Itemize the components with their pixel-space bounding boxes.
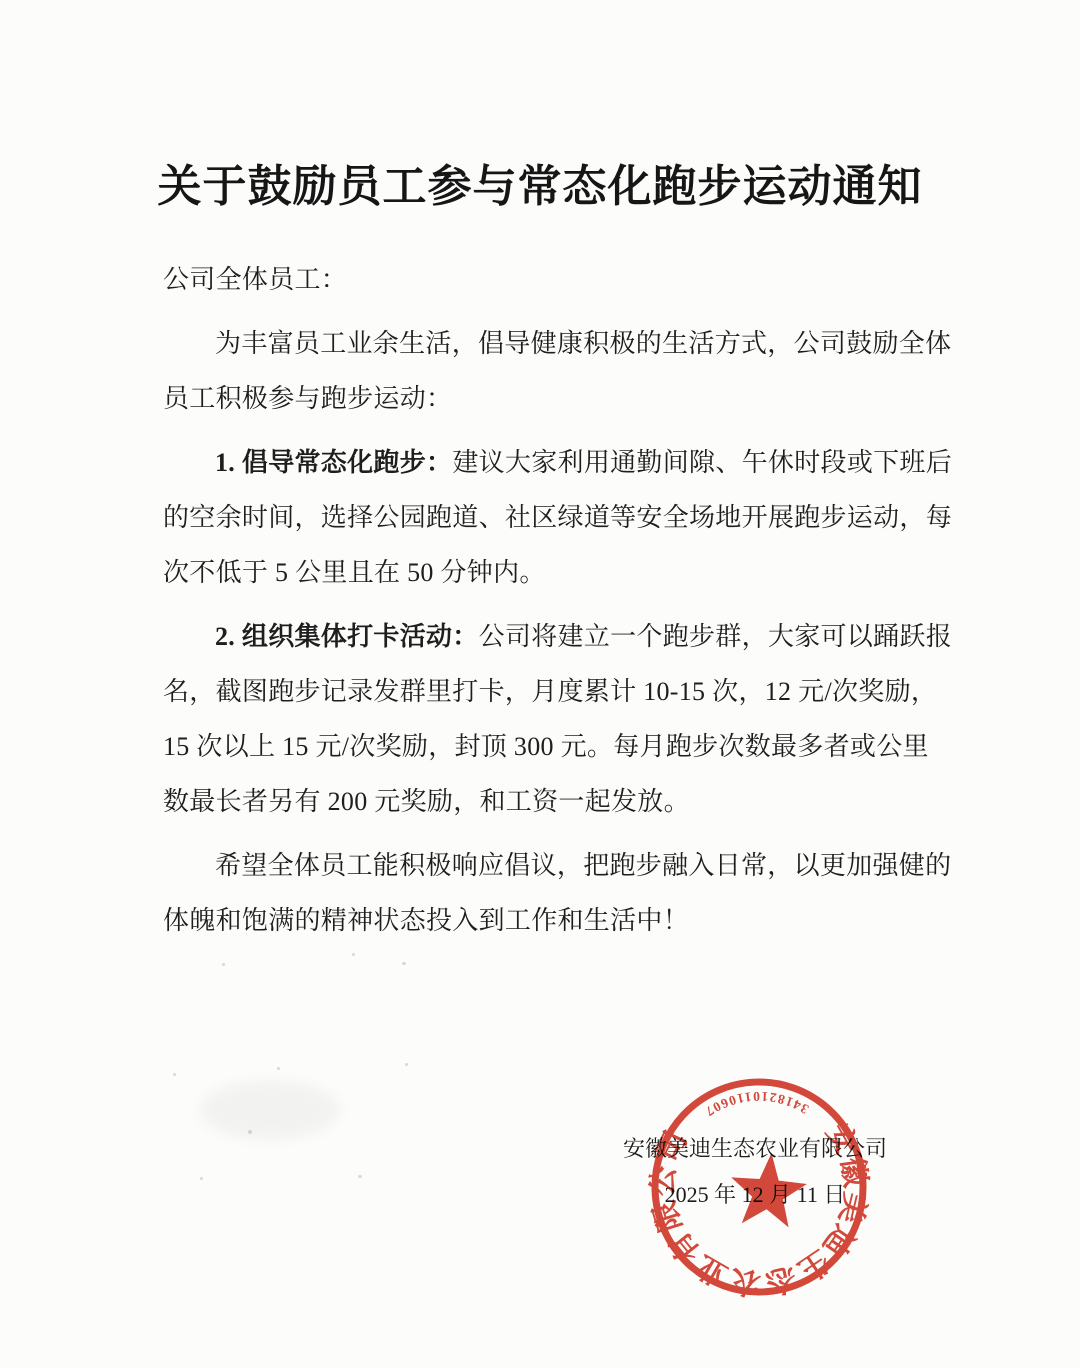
item-1-line-3: 次不低于 5 公里且在 50 分钟内。 <box>163 545 925 600</box>
scan-speckle <box>402 962 406 965</box>
scan-speckle <box>173 1073 176 1076</box>
item-1-heading: 1. 倡导常态化跑步： <box>215 448 452 477</box>
notice-body: 公司全体员工： 为丰富员工业余生活，倡导健康积极的生活方式，公司鼓励全体 员工积… <box>163 252 925 948</box>
item-1-line-1: 1. 倡导常态化跑步：建议大家利用通勤间隙、午休时段或下班后 <box>163 435 925 490</box>
item-2-heading: 2. 组织集体打卡活动： <box>215 622 479 651</box>
paragraph-1-line-2: 员工积极参与跑步运动： <box>163 371 925 426</box>
item-2-text: 公司将建立一个跑步群，大家可以踊跃报 <box>479 622 952 651</box>
scan-speckle <box>358 1175 362 1178</box>
notice-title: 关于鼓励员工参与常态化跑步运动通知 <box>0 150 1080 214</box>
item-1-line-2: 的空余时间，选择公园跑道、社区绿道等安全场地开展跑步运动，每 <box>163 490 925 545</box>
item-2-line-1: 2. 组织集体打卡活动：公司将建立一个跑步群，大家可以踊跃报 <box>163 609 925 664</box>
seal-code: 3418210110607 <box>701 1087 812 1120</box>
scan-speckle <box>277 1067 280 1070</box>
scan-speckle <box>405 1063 408 1066</box>
signature-block: 安徽美迪生态农业有限公司 2025 年 12 月 11 日 <box>598 1126 912 1218</box>
scan-speckle <box>352 953 355 956</box>
item-1-text: 建议大家利用通勤间隙、午休时段或下班后 <box>452 448 952 477</box>
paragraph-1-line-1: 为丰富员工业余生活，倡导健康积极的生活方式，公司鼓励全体 <box>163 316 925 371</box>
scanned-notice-page: 关于鼓励员工参与常态化跑步运动通知 公司全体员工： 为丰富员工业余生活，倡导健康… <box>0 0 1080 1368</box>
signature-date: 2025 年 12 月 11 日 <box>598 1172 912 1218</box>
closing-line-2: 体魄和饱满的精神状态投入到工作和生活中！ <box>163 893 925 948</box>
item-2-line-3: 15 次以上 15 元/次奖励，封顶 300 元。每月跑步次数最多者或公里 <box>163 719 925 774</box>
scan-smudge <box>200 1080 340 1140</box>
signature-company: 安徽美迪生态农业有限公司 <box>598 1126 912 1172</box>
scan-speckle <box>200 1177 203 1180</box>
item-2-line-2: 名，截图跑步记录发群里打卡，月度累计 10-15 次，12 元/次奖励， <box>163 664 925 719</box>
salutation-line: 公司全体员工： <box>163 252 925 307</box>
closing-line-1: 希望全体员工能积极响应倡议，把跑步融入日常，以更加强健的 <box>163 838 925 893</box>
scan-speckle <box>248 1130 252 1134</box>
item-2-line-4: 数最长者另有 200 元奖励，和工资一起发放。 <box>163 774 925 829</box>
scan-speckle <box>222 963 225 966</box>
